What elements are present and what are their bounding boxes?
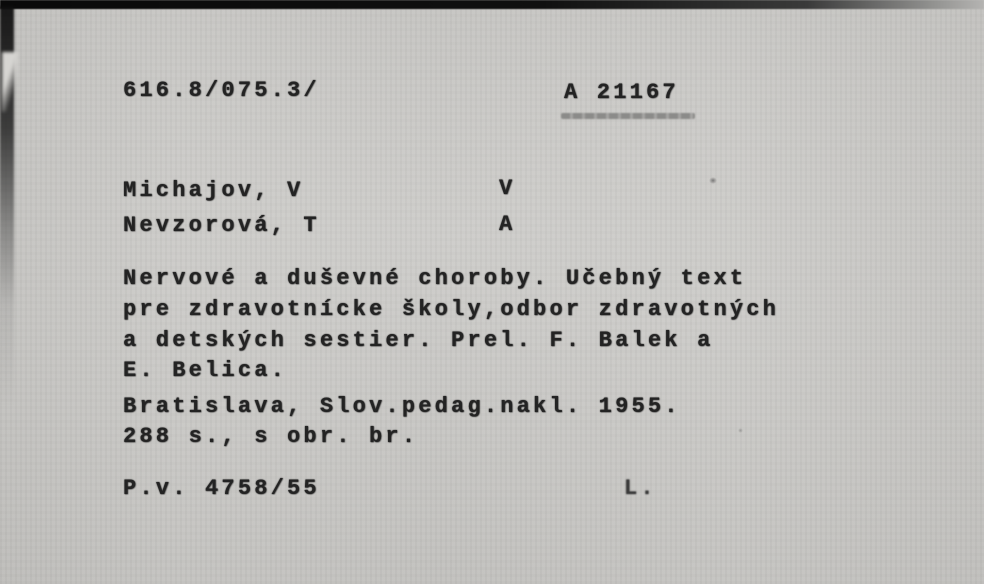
call-number: 616.8/075.3/ xyxy=(123,78,320,104)
paper-speck xyxy=(738,428,743,433)
author-line: Nevzorová, T xyxy=(123,213,320,239)
ink-smudge xyxy=(709,177,717,184)
catalog-card: 616.8/075.3/ A 21167 Michajov, V Nevzoro… xyxy=(0,0,984,584)
title-line: E. Belica. xyxy=(123,358,287,384)
title-line: a detských sestier. Prel. F. Balek a xyxy=(123,328,713,354)
footer-reference-number: P.v. 4758/55 xyxy=(123,476,320,502)
imprint-line: 288 s., s obr. br. xyxy=(123,424,418,450)
author-initial-column: A xyxy=(499,212,515,238)
author-line: Michajov, V xyxy=(123,178,303,204)
title-line: pre zdravotnícke školy,odbor zdravotných xyxy=(123,297,779,323)
title-line: Nervové a duševné choroby. Učebný text xyxy=(123,266,746,292)
accession-number: A 21167 xyxy=(564,80,679,106)
author-initial-column: V xyxy=(499,176,515,202)
card-corner-notch xyxy=(2,52,18,112)
scan-edge-top xyxy=(0,0,984,9)
accession-underline xyxy=(561,113,695,119)
imprint-line: Bratislava, Slov.pedag.nakl. 1955. xyxy=(123,394,681,420)
footer-letter: L. xyxy=(624,476,657,502)
